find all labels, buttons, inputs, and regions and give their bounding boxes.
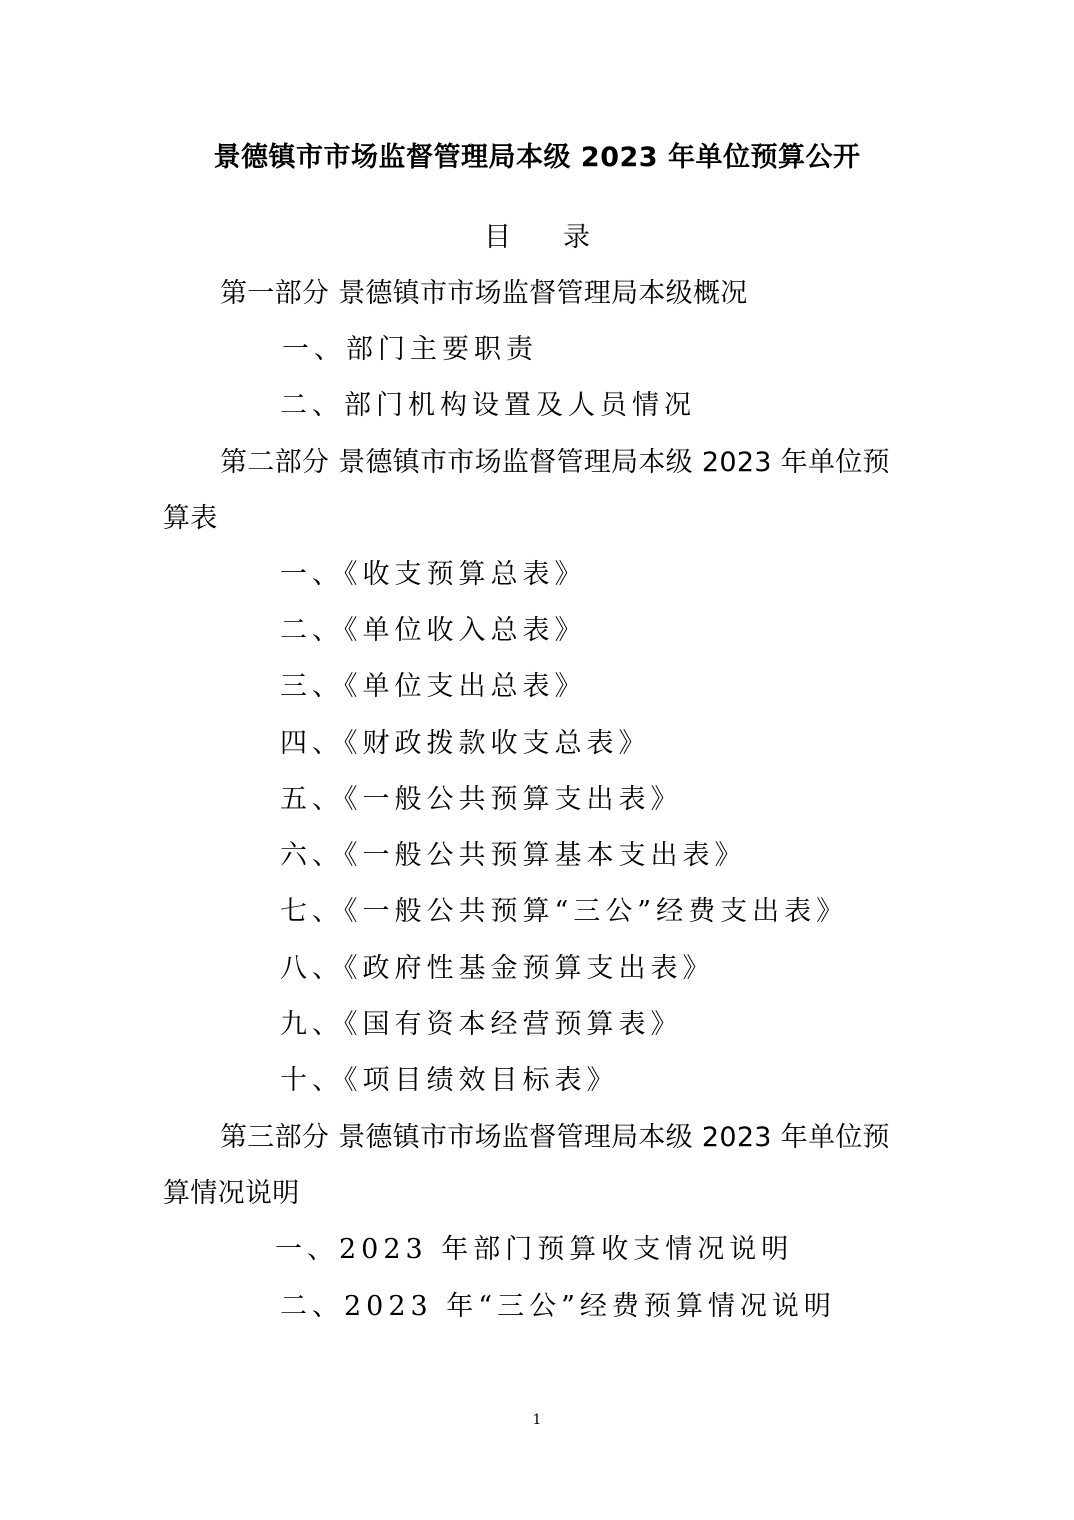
part-2-item-5: 五、《一般公共预算支出表》 bbox=[280, 780, 683, 820]
part-2-item-2: 二、《单位收入总表》 bbox=[280, 611, 587, 651]
part-2-item-7: 七、《一般公共预算“三公”经费支出表》 bbox=[280, 892, 848, 932]
part-3-item-1: 一、2023 年部门预算收支情况说明 bbox=[275, 1230, 793, 1270]
page-number: 1 bbox=[0, 1410, 1074, 1430]
part-3-heading-line-1: 第三部分 景德镇市市场监督管理局本级 2023 年单位预 bbox=[220, 1118, 890, 1158]
part-1-item-2: 二、部门机构设置及人员情况 bbox=[280, 386, 696, 426]
toc-heading-char-1: 目 bbox=[484, 218, 511, 258]
document-page: 景德镇市市场监督管理局本级 2023 年单位预算公开 目录 第一部分 景德镇市市… bbox=[0, 0, 1074, 1520]
part-2-item-8: 八、《政府性基金预算支出表》 bbox=[280, 949, 715, 989]
document-title: 景德镇市市场监督管理局本级 2023 年单位预算公开 bbox=[0, 138, 1074, 178]
table-of-contents-heading: 目录 bbox=[0, 218, 1074, 258]
part-2-item-6: 六、《一般公共预算基本支出表》 bbox=[280, 836, 747, 876]
part-1-heading: 第一部分 景德镇市市场监督管理局本级概况 bbox=[220, 274, 748, 314]
part-3-heading-line-2: 算情况说明 bbox=[163, 1174, 300, 1214]
part-2-heading-line-1: 第二部分 景德镇市市场监督管理局本级 2023 年单位预 bbox=[220, 443, 890, 483]
part-2-item-10: 十、《项目绩效目标表》 bbox=[280, 1061, 619, 1101]
part-1-item-1: 一、部门主要职责 bbox=[282, 330, 538, 370]
part-2-item-4: 四、《财政拨款收支总表》 bbox=[280, 724, 651, 764]
part-2-item-9: 九、《国有资本经营预算表》 bbox=[280, 1005, 683, 1045]
part-3-item-2: 二、2023 年“三公”经费预算情况说明 bbox=[280, 1287, 836, 1327]
part-2-item-1: 一、《收支预算总表》 bbox=[280, 555, 587, 595]
part-2-heading-line-2: 算表 bbox=[163, 499, 218, 539]
toc-heading-char-2: 录 bbox=[563, 218, 590, 258]
part-2-item-3: 三、《单位支出总表》 bbox=[280, 667, 587, 707]
